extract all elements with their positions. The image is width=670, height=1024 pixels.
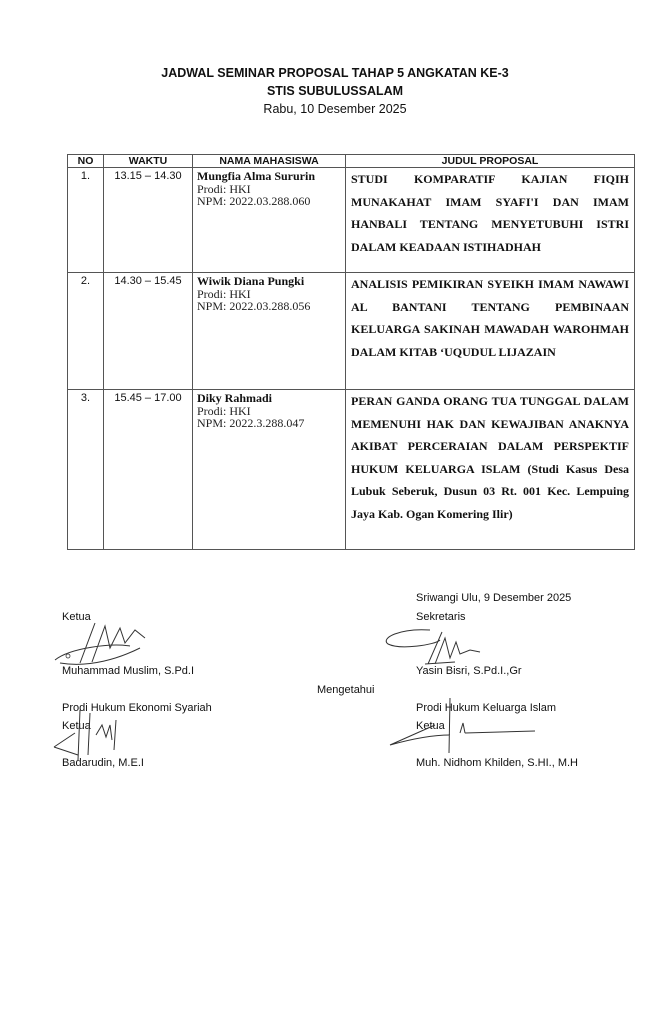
row-student: Wiwik Diana Pungki Prodi: HKI NPM: 2022.…: [193, 273, 346, 390]
column-header-waktu: WAKTU: [104, 155, 193, 168]
proposal-title: STUDI KOMPARATIF KAJIAN FIQIH MUNAKAHAT …: [346, 168, 635, 273]
prodi-hki-signature-icon: [385, 693, 545, 753]
ketua-name: Muhammad Muslim, S.Pd.I: [62, 664, 194, 678]
proposal-title: ANALISIS PEMIKIRAN SYEIKH IMAM NAWAWI AL…: [346, 273, 635, 390]
table-row: 3. 15.45 – 17.00 Diky Rahmadi Prodi: HKI…: [68, 390, 635, 550]
table-row: 2. 14.30 – 15.45 Wiwik Diana Pungki Prod…: [68, 273, 635, 390]
institution-name: STIS SUBULUSSALAM: [0, 82, 670, 100]
prodi-hki-name: Muh. Nidhom Khilden, S.HI., M.H: [416, 756, 578, 770]
document-title: JADWAL SEMINAR PROPOSAL TAHAP 5 ANGKATAN…: [0, 64, 670, 82]
row-student: Mungfia Alma Sururin Prodi: HKI NPM: 202…: [193, 168, 346, 273]
column-header-judul: JUDUL PROPOSAL: [346, 155, 635, 168]
sekretaris-signature-icon: [380, 620, 500, 670]
student-name: Mungfia Alma Sururin: [197, 170, 343, 183]
table-header-row: NO WAKTU NAMA MAHASISWA JUDUL PROPOSAL: [68, 155, 635, 168]
student-npm: NPM: 2022.03.288.056: [197, 300, 343, 313]
student-npm: NPM: 2022.03.288.060: [197, 195, 343, 208]
row-number: 3.: [68, 390, 104, 550]
row-time: 15.45 – 17.00: [104, 390, 193, 550]
column-header-nama: NAMA MAHASISWA: [193, 155, 346, 168]
student-name: Wiwik Diana Pungki: [197, 275, 343, 288]
row-number: 2.: [68, 273, 104, 390]
document-header: JADWAL SEMINAR PROPOSAL TAHAP 5 ANGKATAN…: [0, 64, 670, 118]
row-time: 14.30 – 15.45: [104, 273, 193, 390]
signature-place-date: Sriwangi Ulu, 9 Desember 2025: [416, 591, 571, 605]
schedule-table: NO WAKTU NAMA MAHASISWA JUDUL PROPOSAL 1…: [67, 154, 635, 550]
row-student: Diky Rahmadi Prodi: HKI NPM: 2022.3.288.…: [193, 390, 346, 550]
table-row: 1. 13.15 – 14.30 Mungfia Alma Sururin Pr…: [68, 168, 635, 273]
sekretaris-name: Yasin Bisri, S.Pd.I.,Gr: [416, 664, 522, 678]
column-header-no: NO: [68, 155, 104, 168]
student-name: Diky Rahmadi: [197, 392, 343, 405]
seminar-date: Rabu, 10 Desember 2025: [0, 100, 670, 118]
row-number: 1.: [68, 168, 104, 273]
prodi-hes-signature-icon: [50, 705, 130, 760]
row-time: 13.15 – 14.30: [104, 168, 193, 273]
mengetahui-label: Mengetahui: [317, 683, 375, 697]
ketua-signature-icon: [50, 618, 180, 668]
student-npm: NPM: 2022.3.288.047: [197, 417, 343, 430]
proposal-title: PERAN GANDA ORANG TUA TUNGGAL DALAM MEME…: [346, 390, 635, 550]
prodi-hes-name: Badarudin, M.E.I: [62, 756, 144, 770]
